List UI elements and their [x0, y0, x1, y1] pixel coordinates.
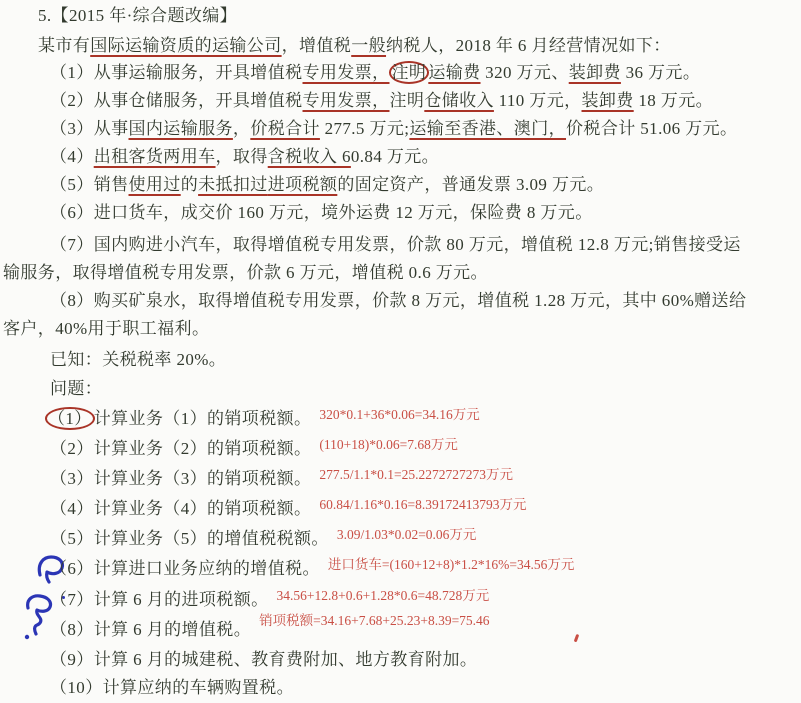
text-line-item-7b: 输服务，取得增值税专用发票，价款 6 万元，增值税 0.6 万元。: [3, 262, 488, 284]
underlined-text: 一般: [351, 36, 386, 55]
text-segment: 计算业务（1）的销项税额。: [94, 409, 312, 428]
text-segment: 注明: [390, 91, 425, 110]
underlined-text: 未抵扣过: [198, 175, 268, 194]
text-line-q6: （6）计算进口业务应纳的增值税。进口货车=(160+12+8)*1.2*16%=…: [50, 558, 574, 581]
text-segment: （6）进口货车，成交价 160 万元，境外运费 12 万元，保险费 8 万元。: [50, 203, 593, 222]
text-line-q3: （3）计算业务（3）的销项税额。277.5/1.1*0.1=25.2272727…: [50, 468, 513, 491]
text-segment: （3）计算业务（3）的销项税额。: [50, 469, 311, 488]
underlined-text: 装卸费: [569, 63, 621, 82]
text-segment: 输服务，取得增值税专用发票，价款 6 万元，增值税 0.6 万元。: [3, 263, 488, 282]
underlined-text: 含税收入 6: [268, 147, 351, 166]
text-line-item-6: （6）进口货车，成交价 160 万元，境外运费 12 万元，保险费 8 万元。: [50, 202, 593, 224]
text-segment: （8）计算 6 月的增值税。: [50, 620, 251, 639]
underlined-text: 专用发票，: [303, 91, 390, 110]
text-segment: （10）计算应纳的车辆购置税。: [50, 678, 294, 697]
circled-text: （1）: [45, 407, 95, 430]
underlined-text: 运输至香港、澳门，: [409, 119, 566, 138]
text-segment: 纳税人，2018 年 6 月经营情况如下：: [386, 36, 671, 55]
text-segment: ，增值税: [282, 36, 352, 55]
underlined-text: 国内运输服务: [129, 119, 233, 138]
handwritten-answer: 进口货车=(160+12+8)*1.2*16%=34.56万元: [328, 557, 574, 572]
text-segment: （4）: [50, 147, 94, 166]
text-line-q9: （9）计算 6 月的城建税、教育费附加、地方教育附加。: [50, 649, 477, 671]
underlined-text: 装卸费: [582, 91, 634, 110]
text-segment: （9）计算 6 月的城建税、教育费附加、地方教育附加。: [50, 650, 477, 669]
text-line-item-4: （4）出租客货两用车，取得含税收入 60.84 万元。: [50, 146, 439, 168]
text-segment: 问题：: [50, 379, 102, 398]
handwritten-answer: 3.09/1.03*0.02=0.06万元: [337, 527, 477, 542]
text-segment: 某市有: [38, 36, 90, 55]
text-segment: （7）国内购进小汽车，取得增值税专用发票，价款 80 万元，增值税 12.8 万…: [50, 235, 741, 254]
text-line-q5: （5）计算业务（5）的增值税税额。3.09/1.03*0.02=0.06万元: [50, 528, 476, 551]
text-line-q10: （10）计算应纳的车辆购置税。: [50, 677, 294, 699]
text-segment: 价税合计 51.06 万元。: [566, 119, 737, 138]
underlined-text: 专用发票，: [303, 63, 390, 82]
blue-question-mark-icon: [20, 594, 54, 642]
text-line-questions-header: 问题：: [50, 378, 102, 400]
circled-text: 注明: [389, 61, 430, 84]
handwritten-answer: (110+18)*0.06=7.68万元: [319, 437, 457, 452]
text-segment: 36 万元。: [621, 63, 700, 82]
text-line-known: 已知：关税税率 20%。: [50, 349, 226, 371]
text-line-intro: 某市有国际运输资质的运输公司，增值税一般纳税人，2018 年 6 月经营情况如下…: [38, 35, 671, 57]
text-line-item-8a: （8）购买矿泉水，取得增值税专用发票，价款 8 万元，增值税 1.28 万元，其…: [50, 290, 746, 312]
text-segment: 的固定资产，普通发票 3.09 万元。: [337, 175, 604, 194]
document-page: 5.【2015 年·综合题改编】某市有国际运输资质的运输公司，增值税一般纳税人，…: [0, 0, 801, 703]
text-line-q7: （7）计算 6 月的进项税额。34.56+12.8+0.6+1.28*0.6=4…: [50, 589, 489, 612]
text-segment: （5）销售: [50, 175, 129, 194]
text-segment: 的: [181, 175, 198, 194]
underlined-text: 进项税额: [268, 175, 338, 194]
text-segment: （6）计算进口业务应纳的增值税。: [50, 559, 320, 578]
underlined-text: 国际运输资质的运输公司: [90, 36, 281, 55]
text-segment: ，取得: [216, 147, 268, 166]
underlined-text: 价税合计: [250, 119, 320, 138]
text-segment: （2）从事仓储服务，开具增值税: [50, 91, 303, 110]
text-segment: 0.84 万元。: [351, 147, 439, 166]
handwritten-answer: 销项税额=34.16+7.68+25.23+8.39=75.46: [259, 613, 489, 628]
text-line-item-5: （5）销售使用过的未抵扣过进项税额的固定资产，普通发票 3.09 万元。: [50, 174, 604, 196]
text-line-item-2: （2）从事仓储服务，开具增值税专用发票，注明仓储收入 110 万元，装卸费 18…: [50, 90, 713, 112]
text-segment: （3）从事: [50, 119, 129, 138]
text-line-q1: （1）计算业务（1）的销项税额。320*0.1+36*0.06=34.16万元: [46, 408, 480, 431]
text-segment: （1）从事运输服务，开具增值税: [50, 63, 303, 82]
text-segment: （4）计算业务（4）的销项税额。: [50, 499, 311, 518]
text-segment: 5.【2015 年·综合题改编】: [38, 6, 237, 25]
text-segment: 320 万元、: [481, 63, 569, 82]
handwritten-answer: 320*0.1+36*0.06=34.16万元: [319, 407, 479, 422]
text-line-q8: （8）计算 6 月的增值税。销项税额=34.16+7.68+25.23+8.39…: [50, 619, 490, 642]
text-segment: （7）计算 6 月的进项税额。: [50, 590, 269, 609]
text-segment: 已知：关税税率 20%。: [50, 350, 226, 369]
text-line-item-8b: 客户，40%用于职工福利。: [3, 318, 209, 340]
text-line-q4: （4）计算业务（4）的销项税额。60.84/1.16*0.16=8.391724…: [50, 498, 527, 521]
handwritten-answer: 34.56+12.8+0.6+1.28*0.6=48.728万元: [277, 588, 490, 603]
underlined-text: 出租客货两用车: [94, 147, 216, 166]
text-segment: 110 万元，: [494, 91, 582, 110]
text-segment: （8）购买矿泉水，取得增值税专用发票，价款 8 万元，增值税 1.28 万元，其…: [50, 291, 746, 310]
text-segment: ，: [233, 119, 250, 138]
text-line-item-1: （1）从事运输服务，开具增值税专用发票，注明运输费 320 万元、装卸费 36 …: [50, 62, 700, 84]
red-tick-icon: [574, 634, 579, 642]
handwritten-answer: 60.84/1.16*0.16=8.39172413793万元: [319, 497, 526, 512]
text-segment: （5）计算业务（5）的增值税税额。: [50, 529, 329, 548]
text-segment: （2）计算业务（2）的销项税额。: [50, 439, 311, 458]
text-segment: 客户，40%用于职工福利。: [3, 319, 209, 338]
text-segment: 277.5 万元;: [320, 119, 409, 138]
underlined-text: 使用过: [129, 175, 181, 194]
text-line-item-7a: （7）国内购进小汽车，取得增值税专用发票，价款 80 万元，增值税 12.8 万…: [50, 234, 741, 256]
text-line-title: 5.【2015 年·综合题改编】: [38, 5, 237, 27]
underlined-text: 运输费: [428, 63, 480, 82]
text-segment: 18 万元。: [634, 91, 713, 110]
handwritten-answer: 277.5/1.1*0.1=25.2272727273万元: [319, 467, 513, 482]
text-line-item-3: （3）从事国内运输服务，价税合计 277.5 万元;运输至香港、澳门，价税合计 …: [50, 118, 737, 140]
underlined-text: 仓储收入: [424, 91, 494, 110]
text-line-q2: （2）计算业务（2）的销项税额。(110+18)*0.06=7.68万元: [50, 438, 458, 461]
